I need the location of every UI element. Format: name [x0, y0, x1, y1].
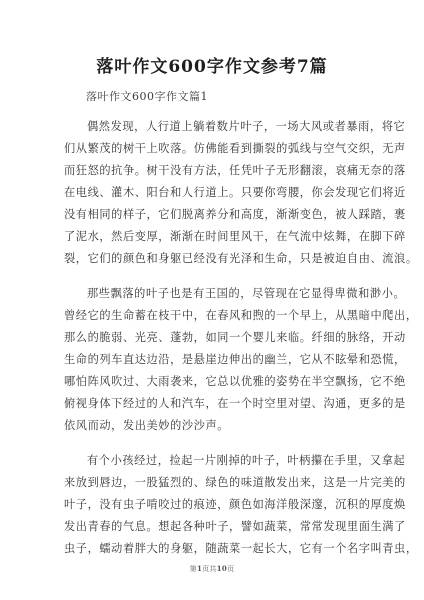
total-pages-number: 10 — [217, 564, 227, 573]
text-line: 来放到唇边，一股猛烈的、绿色的味道散发出来，这是一片完美的 — [64, 472, 364, 494]
text-line: 虫子，蠕动着胖大的身躯，随蔬菜一起长大，它有一个名字叫青虫， — [64, 538, 364, 560]
text-line: 有个小孩经过，捡起一片刚掉的叶子，叶柄攥在手里，又拿起 — [64, 450, 364, 472]
document-body: 偶然发现，人行道上躺着数片叶子，一场大风或者暴雨，将它 们从繁茂的树干上吹落。仿… — [64, 116, 364, 560]
paragraph-3: 有个小孩经过，捡起一片刚掉的叶子，叶柄攥在手里，又拿起 来放到唇边，一股猛烈的、… — [64, 450, 364, 560]
text-line: 发出青春的气息。想起各种叶子，譬如蔬菜，常常发现里面生满了 — [64, 516, 364, 538]
text-line: 而狂怒的抗争。树干没有方法，任凭叶子无形翻滚，哀痛无奈的落 — [64, 160, 364, 182]
text-line: 没有相同的样子，它们脱离养分和高度，渐渐变色，被人踩踏，裹 — [64, 204, 364, 226]
text-line: 依风而动，发出美妙的沙沙声。 — [64, 415, 364, 437]
section-heading: 落叶作文600字作文篇1 — [86, 88, 208, 104]
paragraph-2: 那些飘落的叶子也是有王国的，尽管现在它显得卑微和渺小。 曾经它的生命蓄在枝干中，… — [64, 283, 364, 437]
page-footer: 第1页共10页 — [0, 564, 424, 574]
text-line: 裂，它们的颜色和身躯已经没有光泽和生命，只是被迫自由、流浪。 — [64, 248, 364, 270]
paragraph-gap — [64, 437, 364, 450]
text-line: 偶然发现，人行道上躺着数片叶子，一场大风或者暴雨，将它 — [64, 116, 364, 138]
footer-prefix: 第 — [190, 565, 197, 573]
text-line: 了泥水，然后变厚，渐渐在时间里风干，在气流中炫舞，在脚下碎 — [64, 226, 364, 248]
document-page: 落叶作文600字作文参考7篇 落叶作文600字作文篇1 偶然发现，人行道上躺着数… — [0, 0, 424, 600]
text-line: 们从繁茂的树干上吹落。仿佛能看到撕裂的弧线与空气交织，无声 — [64, 138, 364, 160]
text-line: 俯视身体下经过的人和汽车，在一个时空里对望、沟通，更多的是 — [64, 393, 364, 415]
text-line: 生命的列车直达边沿，是悬崖边伸出的幽兰，它从不眩晕和恐慌， — [64, 349, 364, 371]
paragraph-1: 偶然发现，人行道上躺着数片叶子，一场大风或者暴雨，将它 们从繁茂的树干上吹落。仿… — [64, 116, 364, 270]
paragraph-gap — [64, 270, 364, 283]
footer-suffix: 页 — [227, 565, 234, 573]
document-title: 落叶作文600字作文参考7篇 — [0, 52, 424, 77]
text-line: 那么的脆弱、光亮、蓬勃，如同一个婴儿来临。纤细的脉络，开动 — [64, 327, 364, 349]
text-line: 叶子，没有虫子啃咬过的痕迹，颜色如海洋般深邃，沉积的厚度焕 — [64, 494, 364, 516]
text-line: 曾经它的生命蓄在枝干中，在春风和煦的一个早上，从黑暗中爬出， — [64, 305, 364, 327]
text-line: 在电线、灌木、阳台和人行道上。只要你弯腰，你会发现它们将近 — [64, 182, 364, 204]
text-line: 哪怕阵风吹过、大雨袭来，它总以优雅的姿势在半空飘扬，它不绝 — [64, 371, 364, 393]
text-line: 那些飘落的叶子也是有王国的，尽管现在它显得卑微和渺小。 — [64, 283, 364, 305]
footer-middle: 页共 — [202, 565, 217, 573]
